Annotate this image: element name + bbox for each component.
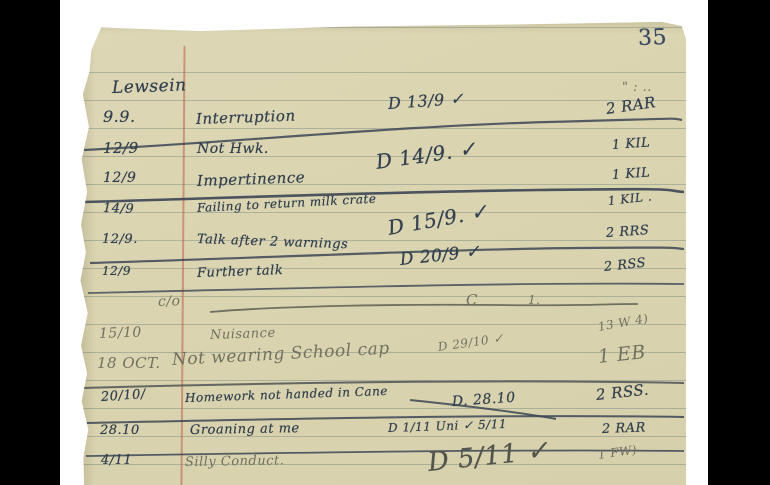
entry-result: 2 RAR xyxy=(602,420,646,437)
letterbox-left xyxy=(0,0,60,485)
entry-date: 20/10/ xyxy=(100,387,146,405)
entry-offence: Further talk xyxy=(197,263,284,281)
pupil-name: Lewsein xyxy=(112,75,187,98)
entry-offence: Not Hwk. xyxy=(197,141,269,157)
page-number: 35 xyxy=(638,25,668,51)
letterbox-right xyxy=(708,0,770,485)
entry-date: 28.10 xyxy=(100,423,140,438)
entry-result: 2 RRS xyxy=(605,223,649,241)
entry-date: 15/10 xyxy=(99,325,142,342)
entry-date: 12/9 xyxy=(103,139,139,157)
carried-over-tick: 1. xyxy=(528,293,540,307)
entry-date: 12/9 xyxy=(102,264,131,278)
carried-over-mark: c/o xyxy=(158,293,181,310)
entry-offence: Nuisance xyxy=(210,326,276,343)
entry-offence: Impertinence xyxy=(197,168,306,190)
entry-offence: Interruption xyxy=(196,107,296,128)
carried-over-c: C xyxy=(466,291,478,309)
entry-date: 12/9 xyxy=(103,170,136,186)
entry-date: 12/9. xyxy=(102,232,138,247)
entry-result: 1 KIL xyxy=(611,165,650,183)
tally-mark: " : .. xyxy=(622,80,652,95)
entry-date: 4/11 xyxy=(101,453,132,468)
entry-date: 18 OCT. xyxy=(97,354,161,372)
entry-date: 14/9 xyxy=(103,201,135,217)
scanned-ledger-page: 35 Lewsein " : .. 9.9. Interruption D 13… xyxy=(0,0,770,485)
entry-offence: Groaning at me xyxy=(190,421,300,438)
entry-offence: Silly Conduct. xyxy=(185,453,285,470)
entry-date: 9.9. xyxy=(103,107,136,126)
entry-result: 1 KIL xyxy=(611,135,650,153)
